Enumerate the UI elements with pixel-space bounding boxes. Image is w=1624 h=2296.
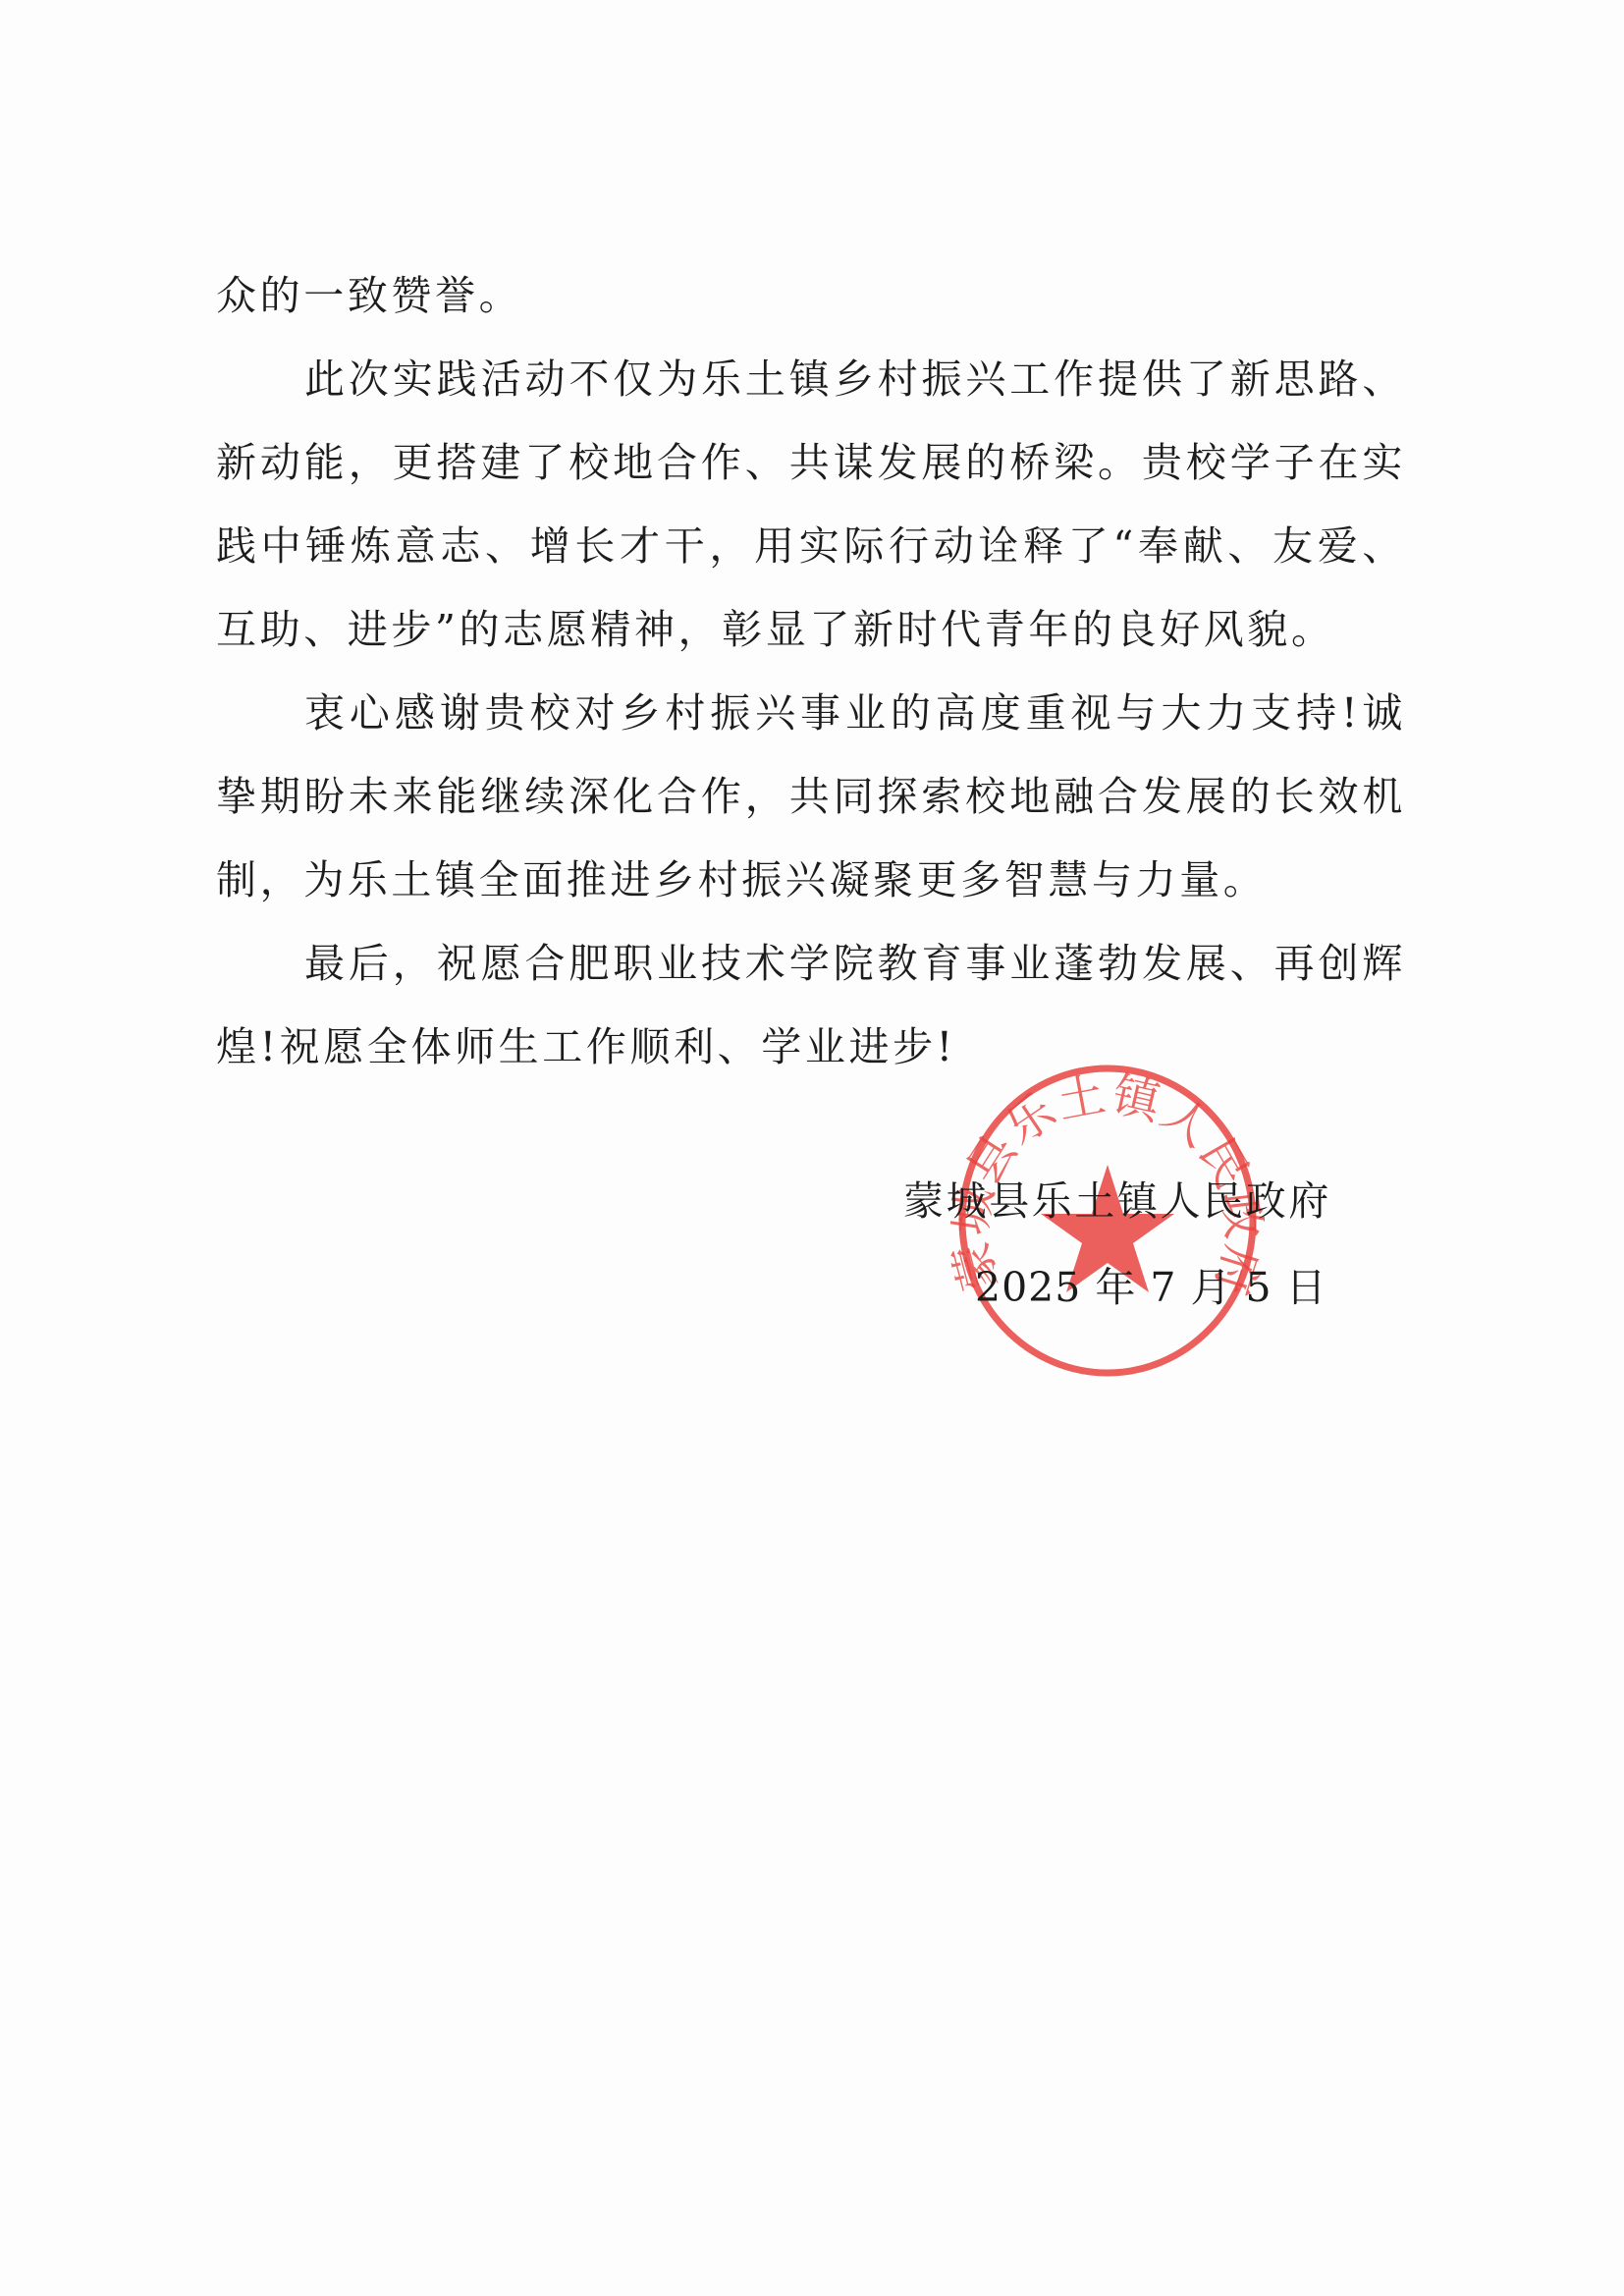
signature-organization: 蒙城县乐土镇人民政府 — [903, 1169, 1331, 1227]
document-page: 众的一致赞誉。 此次实践活动不仅为乐土镇乡村振兴工作提供了新思路、新动能，更搭建… — [0, 0, 1624, 2296]
paragraph-activity-impact: 此次实践活动不仅为乐土镇乡村振兴工作提供了新思路、新动能，更搭建了校地合作、共谋… — [216, 338, 1406, 672]
paragraph-thanks: 衷心感谢贵校对乡村振兴事业的高度重视与大力支持!诚挚期盼未来能继续深化合作，共同… — [216, 672, 1406, 922]
scan-speck — [874, 1044, 878, 1048]
paragraph-continuation: 众的一致赞誉。 — [216, 254, 1406, 338]
signature-date: 2025 年 7 月 5 日 — [975, 1255, 1327, 1313]
